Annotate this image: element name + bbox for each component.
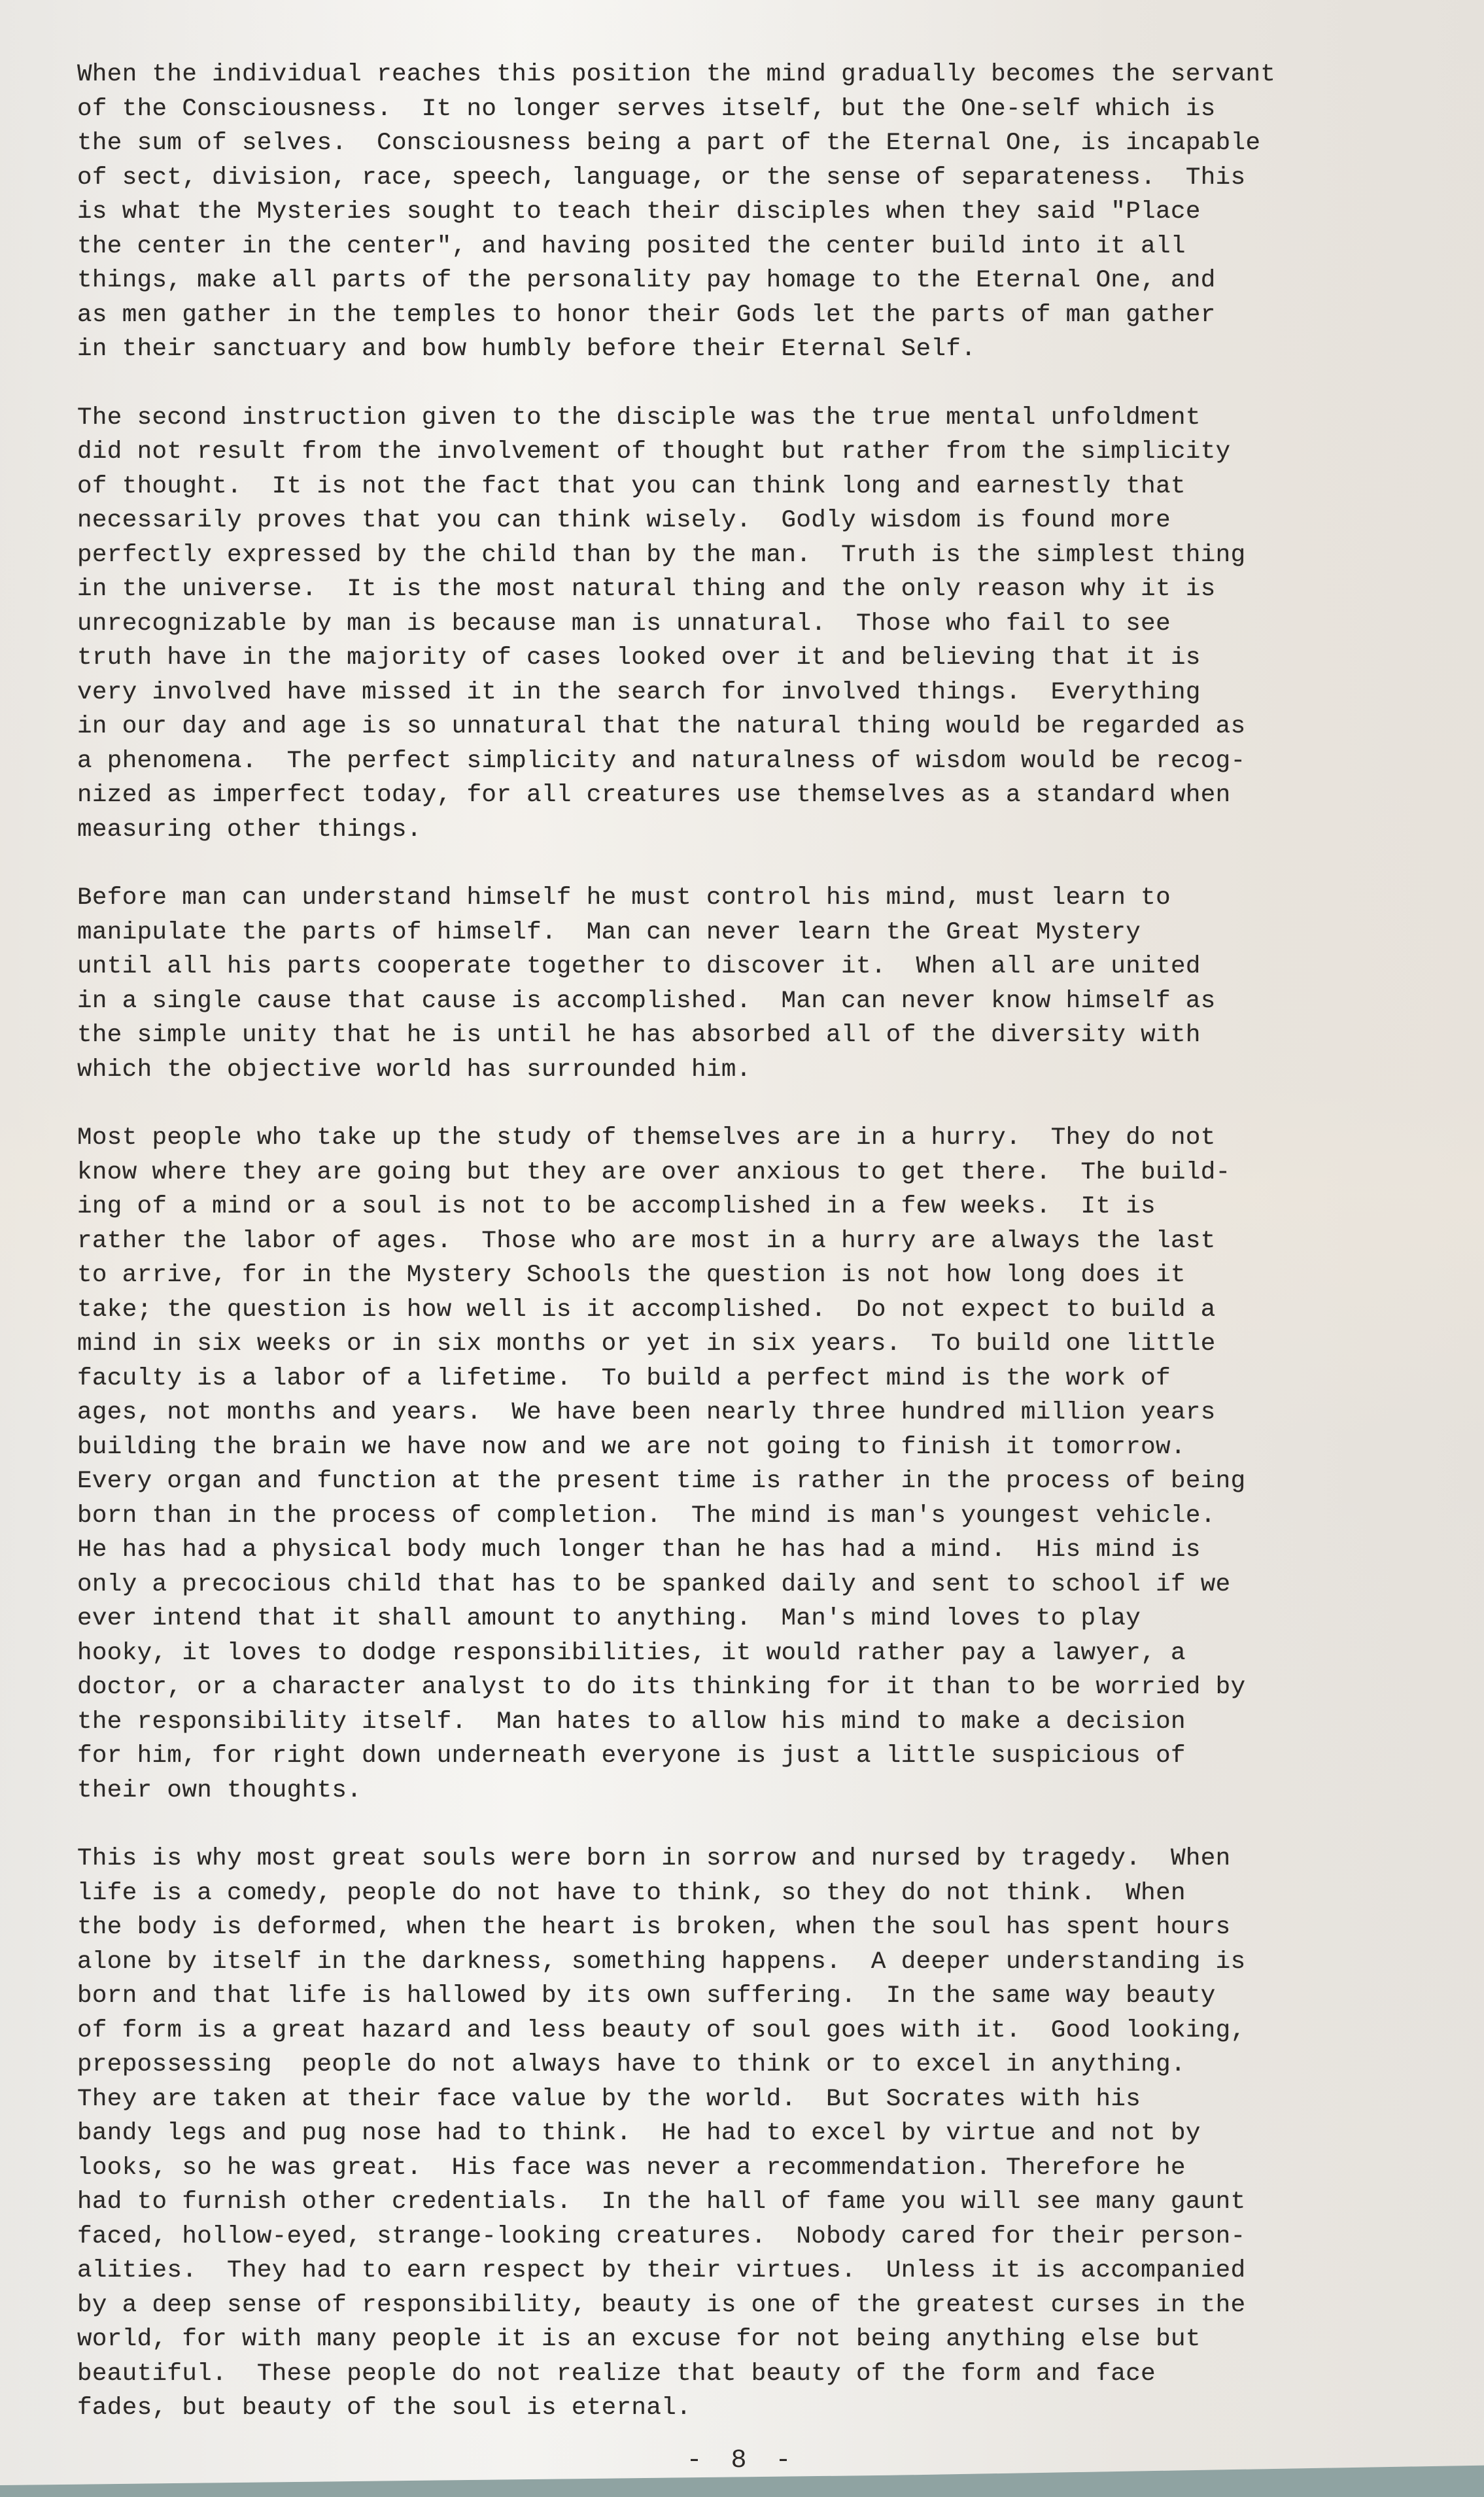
text-line: until all his parts cooperate together t… xyxy=(77,950,1438,984)
text-line: in the universe. It is the most natural … xyxy=(77,572,1438,607)
text-line: hooky, it loves to dodge responsibilitie… xyxy=(77,1636,1438,1671)
text-line: alities. They had to earn respect by the… xyxy=(77,2254,1438,2288)
text-line: of the Consciousness. It no longer serve… xyxy=(77,92,1438,127)
paragraph-3: Before man can understand himself he mus… xyxy=(77,881,1438,1087)
text-line: had to furnish other credentials. In the… xyxy=(77,2185,1438,2220)
text-line: their own thoughts. xyxy=(77,1774,1438,1808)
text-line: unrecognizable by man is because man is … xyxy=(77,607,1438,642)
text-line: did not result from the involvement of t… xyxy=(77,435,1438,470)
text-line: perfectly expressed by the child than by… xyxy=(77,538,1438,573)
text-line: mind in six weeks or in six months or ye… xyxy=(77,1327,1438,1362)
text-line: This is why most great souls were born i… xyxy=(77,1842,1438,1876)
text-line: of thought. It is not the fact that you … xyxy=(77,470,1438,504)
text-line: alone by itself in the darkness, somethi… xyxy=(77,1945,1438,1980)
text-line: ages, not months and years. We have been… xyxy=(77,1396,1438,1430)
text-line: born than in the process of completion. … xyxy=(77,1499,1438,1534)
page-body: When the individual reaches this positio… xyxy=(77,58,1438,2460)
text-line: the responsibility itself. Man hates to … xyxy=(77,1705,1438,1740)
text-line: the sum of selves. Consciousness being a… xyxy=(77,126,1438,161)
text-line: world, for with many people it is an exc… xyxy=(77,2322,1438,2357)
text-line: in a single cause that cause is accompli… xyxy=(77,984,1438,1019)
text-line: measuring other things. xyxy=(77,813,1438,848)
text-line: faculty is a labor of a lifetime. To bui… xyxy=(77,1362,1438,1396)
text-line: the center in the center", and having po… xyxy=(77,230,1438,264)
text-line: doctor, or a character analyst to do its… xyxy=(77,1670,1438,1705)
text-line: which the objective world has surrounded… xyxy=(77,1053,1438,1088)
text-line: only a precocious child that has to be s… xyxy=(77,1568,1438,1602)
paragraph-4: Most people who take up the study of the… xyxy=(77,1121,1438,1808)
text-line: life is a comedy, people do not have to … xyxy=(77,1876,1438,1911)
text-line: prepossessing people do not always have … xyxy=(77,2048,1438,2082)
typewritten-page: When the individual reaches this positio… xyxy=(0,0,1484,2485)
text-line: the body is deformed, when the heart is … xyxy=(77,1910,1438,1945)
text-line: building the brain we have now and we ar… xyxy=(77,1430,1438,1465)
text-line: faced, hollow-eyed, strange-looking crea… xyxy=(77,2220,1438,2254)
text-line: to arrive, for in the Mystery Schools th… xyxy=(77,1258,1438,1293)
text-line: the simple unity that he is until he has… xyxy=(77,1018,1438,1053)
text-line: necessarily proves that you can think wi… xyxy=(77,504,1438,538)
text-line: The second instruction given to the disc… xyxy=(77,401,1438,436)
text-line: in our day and age is so unnatural that … xyxy=(77,710,1438,744)
text-line: of sect, division, race, speech, languag… xyxy=(77,161,1438,196)
text-line: Most people who take up the study of the… xyxy=(77,1121,1438,1156)
text-line: ever intend that it shall amount to anyt… xyxy=(77,1602,1438,1636)
text-line: is what the Mysteries sought to teach th… xyxy=(77,195,1438,230)
text-line: things, make all parts of the personalit… xyxy=(77,264,1438,298)
text-line: know where they are going but they are o… xyxy=(77,1156,1438,1190)
text-line: He has had a physical body much longer t… xyxy=(77,1533,1438,1568)
text-line: When the individual reaches this positio… xyxy=(77,58,1438,92)
text-line: of form is a great hazard and less beaut… xyxy=(77,2014,1438,2048)
text-line: by a deep sense of responsibility, beaut… xyxy=(77,2288,1438,2323)
text-line: very involved have missed it in the sear… xyxy=(77,676,1438,710)
text-line: looks, so he was great. His face was nev… xyxy=(77,2151,1438,2186)
text-line: bandy legs and pug nose had to think. He… xyxy=(77,2116,1438,2151)
text-line: Every organ and function at the present … xyxy=(77,1464,1438,1499)
text-line: They are taken at their face value by th… xyxy=(77,2082,1438,2117)
page-number: - 8 - xyxy=(0,2446,1484,2475)
text-line: beautiful. These people do not realize t… xyxy=(77,2357,1438,2392)
text-line: ing of a mind or a soul is not to be acc… xyxy=(77,1190,1438,1224)
text-line: Before man can understand himself he mus… xyxy=(77,881,1438,916)
paragraph-1: When the individual reaches this positio… xyxy=(77,58,1438,367)
text-line: truth have in the majority of cases look… xyxy=(77,641,1438,676)
text-line: take; the question is how well is it acc… xyxy=(77,1293,1438,1328)
text-line: a phenomena. The perfect simplicity and … xyxy=(77,744,1438,779)
text-line: in their sanctuary and bow humbly before… xyxy=(77,332,1438,367)
paragraph-5: This is why most great souls were born i… xyxy=(77,1842,1438,2426)
text-line: manipulate the parts of himself. Man can… xyxy=(77,916,1438,950)
text-line: born and that life is hallowed by its ow… xyxy=(77,1979,1438,2014)
text-line: as men gather in the temples to honor th… xyxy=(77,298,1438,333)
paragraph-2: The second instruction given to the disc… xyxy=(77,401,1438,848)
text-line: rather the labor of ages. Those who are … xyxy=(77,1224,1438,1259)
text-line: nized as imperfect today, for all creatu… xyxy=(77,778,1438,813)
text-line: fades, but beauty of the soul is eternal… xyxy=(77,2391,1438,2426)
text-line: for him, for right down underneath every… xyxy=(77,1739,1438,1774)
